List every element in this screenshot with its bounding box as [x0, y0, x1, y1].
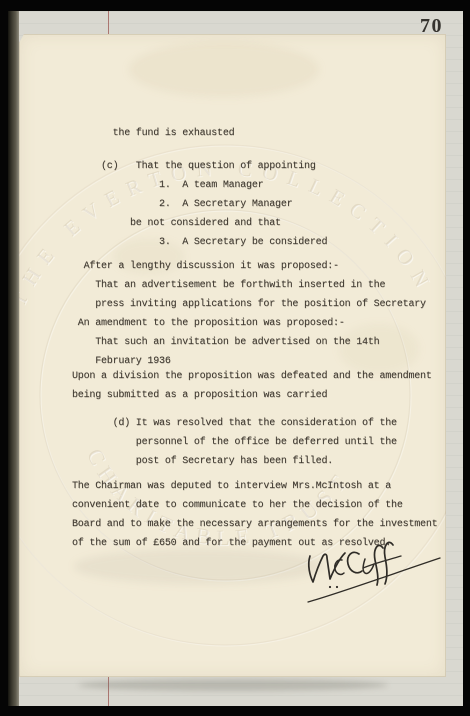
signature-surname-f2 [385, 542, 393, 584]
signature-dots [329, 586, 338, 588]
document-sheet: THE EVERTON COLLECTION THE EVERTON COLLE… [19, 34, 446, 677]
document-line: (c) That the question of appointing [72, 157, 444, 176]
signature-strokes [308, 542, 440, 602]
document-line: The Chairman was deputed to interview Mr… [72, 477, 444, 496]
document-line: convenient date to communicate to her th… [72, 496, 444, 515]
paragraph: (c) That the question of appointing 1. A… [72, 157, 444, 252]
document-line: post of Secretary has been filled. [72, 452, 444, 471]
document-line: be not considered and that [72, 214, 444, 233]
document-line: Upon a division the proposition was defe… [72, 367, 444, 386]
signature-surname-c [348, 552, 362, 572]
paragraph: After a lengthy discussion it was propos… [72, 257, 444, 371]
signature-crossbar [363, 556, 401, 568]
paragraph: the fund is exhausted [72, 124, 444, 143]
signature [295, 535, 450, 620]
paragraph: (d) It was resolved that the considerati… [72, 414, 444, 471]
paper-stain [74, 549, 324, 584]
document-line: After a lengthy discussion it was propos… [72, 257, 444, 276]
document-line: An amendment to the proposition was prop… [72, 314, 444, 333]
paragraph: Upon a division the proposition was defe… [72, 367, 444, 405]
document-line: being submitted as a proposition was car… [72, 386, 444, 405]
document-line: press inviting applications for the posi… [72, 295, 444, 314]
document-line: personnel of the office be deferred unti… [72, 433, 444, 452]
signature-initial-w [309, 553, 345, 582]
document-line: 2. A Secretary Manager [72, 195, 444, 214]
document-line: 1. A team Manager [72, 176, 444, 195]
document-line: the fund is exhausted [72, 124, 444, 143]
ledger-smudge [78, 679, 388, 691]
document-line: Board and to make the necessary arrangem… [72, 515, 444, 534]
scanned-minute-book-photo: 70 THE EVERTON COLLECTION THE EVERTON CO… [0, 0, 470, 716]
binding-edge [8, 11, 19, 706]
document-line: (d) It was resolved that the considerati… [72, 414, 444, 433]
document-text: the fund is exhausted (c) That the quest… [72, 124, 444, 553]
document-line: That such an invitation be advertised on… [72, 333, 444, 352]
page-number: 70 [420, 15, 443, 38]
document-line: 3. A Secretary be considered [72, 233, 444, 252]
document-line: That an advertisement be forthwith inser… [72, 276, 444, 295]
paper-stain [129, 42, 319, 97]
